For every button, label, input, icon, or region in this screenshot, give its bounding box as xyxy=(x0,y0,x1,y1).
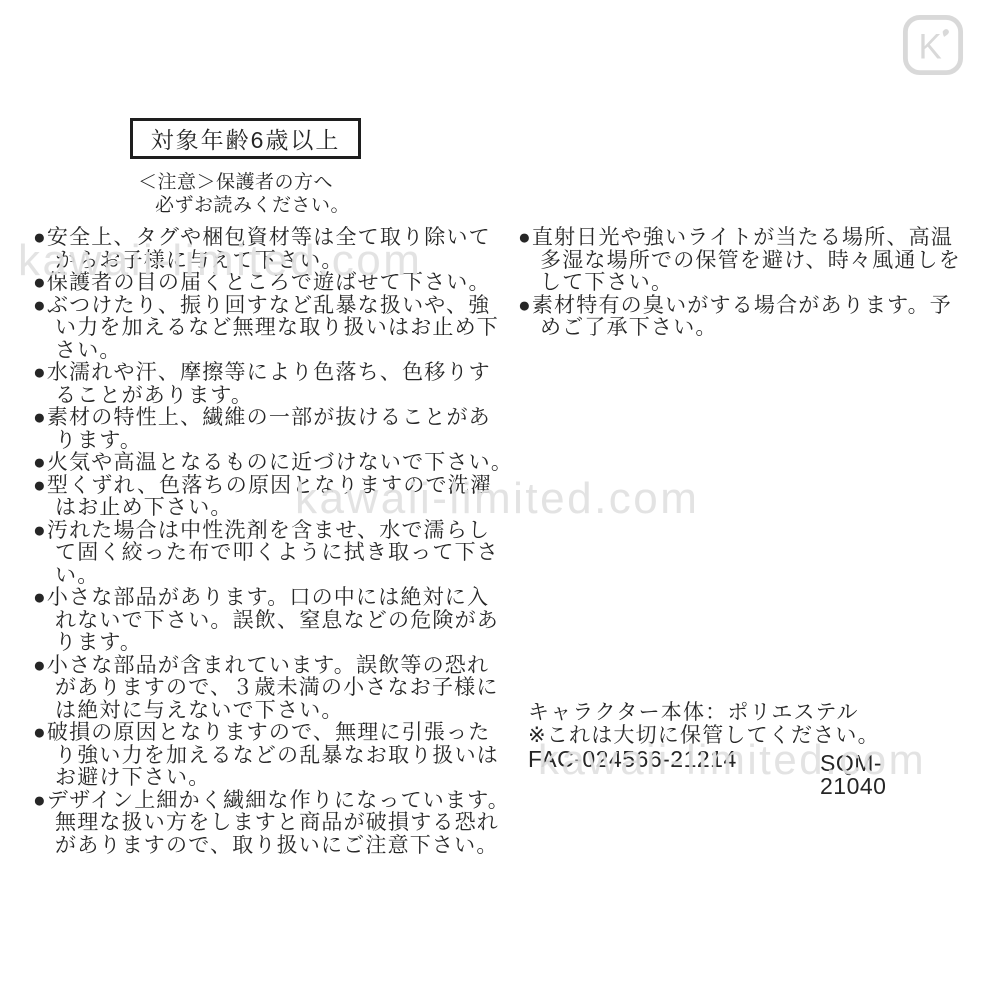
warning-item: ●ぶつけたり、振り回すなど乱暴な扱いや、強 い力を加えるなど無理な取り扱いはお止… xyxy=(33,295,525,363)
watermark-text: kawaii-limited.com xyxy=(18,236,422,286)
warning-item: ●デザイン上細かく繊細な作りになっています。 無理な扱い方をしますと商品が破損す… xyxy=(33,790,525,858)
notice-line-1: ＜注意＞保護者の方へ xyxy=(138,171,350,194)
warning-item: ●火気や高温となるものに近づけないで下さい。 xyxy=(33,452,525,475)
warning-item: ●素材の特性上、繊維の一部が抜けることがあ ります。 xyxy=(33,407,525,452)
warning-item: ●小さな部品があります。口の中には絶対に入 れないで下さい。誤飲、窒息などの危険… xyxy=(33,587,525,655)
material-info: キャラクター本体：ポリエステル xyxy=(528,702,880,725)
warning-item: ●破損の原因となりますので、無理に引張った り強い力を加えるなどの乱暴なお取り扱… xyxy=(33,722,525,790)
warning-item: ●水濡れや汗、摩擦等により色落ち、色移りす ることがあります。 xyxy=(33,362,525,407)
age-restriction-label: 対象年齢6歳以上 xyxy=(151,122,341,155)
watermark-text: kawaii-limited.com xyxy=(538,736,926,784)
warning-item: ●汚れた場合は中性洗剤を含ませ、水で濡らし て固く絞った布で叩くように拭き取って… xyxy=(33,520,525,588)
guardian-notice: ＜注意＞保護者の方へ 必ずお読みください。 xyxy=(138,171,350,217)
age-restriction-box: 対象年齢6歳以上 xyxy=(130,118,361,159)
k-letter: K xyxy=(918,28,941,67)
notice-line-2: 必ずお読みください。 xyxy=(138,194,350,217)
watermark-text: kawaii-limited.com xyxy=(295,474,699,524)
kawaii-limited-logo: K xyxy=(902,14,964,81)
warning-item: ●直射日光や強いライトが当たる場所、高温 多湿な場所での保管を避け、時々風通しを… xyxy=(518,227,988,295)
heart-icon xyxy=(943,29,949,37)
warnings-left-column: ●安全上、タグや梱包資材等は全て取り除いて からお子様に与えて下さい。 ●保護者… xyxy=(33,227,525,857)
warnings-right-column: ●直射日光や強いライトが当たる場所、高温 多湿な場所での保管を避け、時々風通しを… xyxy=(518,227,988,340)
warning-item: ●小さな部品が含まれています。誤飲等の恐れ がありますので、３歳未満の小さなお子… xyxy=(33,655,525,723)
warning-item: ●素材特有の臭いがする場合があります。予 めご了承下さい。 xyxy=(518,295,988,340)
k-logo-icon: K xyxy=(902,14,964,76)
